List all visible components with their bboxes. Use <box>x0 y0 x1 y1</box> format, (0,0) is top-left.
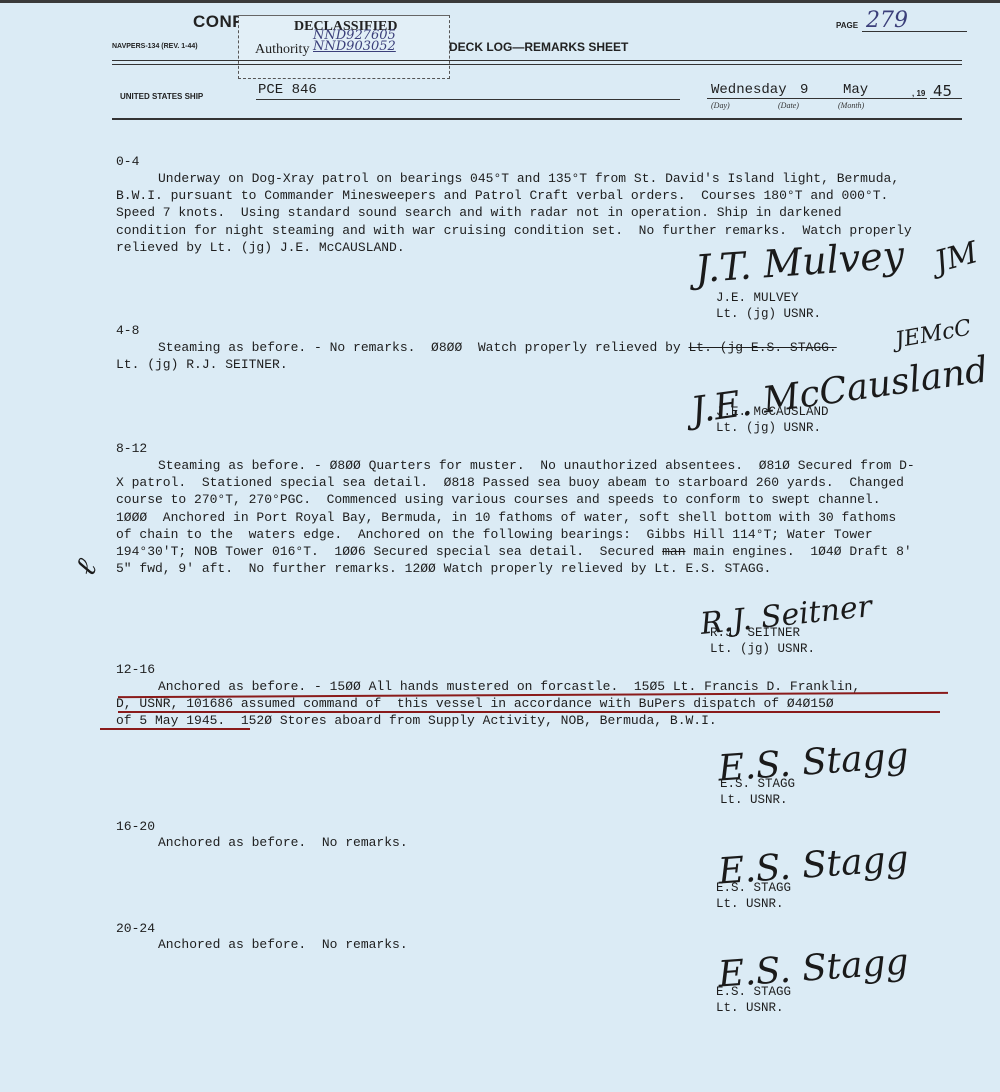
scan-top-edge <box>0 0 1000 3</box>
signer-name: E.S. STAGG <box>720 776 795 792</box>
signer-rank: Lt. USNR. <box>716 1000 791 1016</box>
stamp-authority-handwritten: NND927605 NND903052 <box>313 30 396 52</box>
margin-initials: JM <box>931 235 981 280</box>
date-caption: (Date) <box>778 101 799 110</box>
signer-block-8-12: R.J. SEITNERLt. (jg) USNR. <box>710 625 815 657</box>
ship-name: PCE 846 <box>258 82 317 98</box>
page-number: 279 <box>866 8 908 33</box>
red-underline <box>100 728 250 730</box>
form-number: NAVPERS-134 (REV. 1-44) <box>112 43 198 50</box>
signer-name: E.S. STAGG <box>716 880 791 896</box>
signer-block-20-24: E.S. STAGGLt. USNR. <box>716 984 791 1016</box>
signer-rank: Lt. USNR. <box>716 896 791 912</box>
ship-name-line <box>256 99 680 100</box>
stamp-authority-label: Authority <box>255 42 309 58</box>
page-number-line <box>862 31 967 32</box>
red-underline <box>118 711 940 713</box>
signer-name: R.J. SEITNER <box>710 625 815 641</box>
watch-period-8-12: 8-12 <box>116 440 147 457</box>
signer-rank: Lt. (jg) USNR. <box>716 420 829 436</box>
watch-period-0-4: 0-4 <box>116 153 139 170</box>
declassified-stamp: DECLASSIFIED Authority NND927605 NND9030… <box>238 15 450 79</box>
signer-block-0-4: J.E. MULVEYLt. (jg) USNR. <box>716 290 821 322</box>
authority-line-2: NND903052 <box>313 41 396 52</box>
day-caption: (Day) <box>711 101 730 110</box>
watch-remarks-4-8: Steaming as before. - No remarks. Ø8ØØ W… <box>116 339 916 373</box>
watch-period-12-16: 12-16 <box>116 661 155 678</box>
signer-block-16-20: E.S. STAGGLt. USNR. <box>716 880 791 912</box>
signer-block-12-16: E.S. STAGGLt. USNR. <box>720 776 795 808</box>
watch-remarks-12-16: Anchored as before. - 15ØØ All hands mus… <box>116 678 916 730</box>
classification-header: CONF <box>193 12 243 32</box>
margin-mark: ℓ <box>68 553 105 581</box>
date-line <box>707 98 927 99</box>
year-prefix: , 19 <box>912 89 925 98</box>
remarks-text: Lt. (jg) R.J. SEITNER. <box>116 357 288 372</box>
deck-log-page: CONF NAVPERS-134 (REV. 1-44) DECLASSIFIE… <box>0 0 1000 1092</box>
signer-rank: Lt. USNR. <box>720 792 795 808</box>
form-title: DECK LOG—REMARKS SHEET <box>449 40 628 54</box>
watch-period-4-8: 4-8 <box>116 322 139 339</box>
year-line <box>930 98 962 99</box>
remarks-line: D, USNR, 101686 assumed command of this … <box>116 695 916 712</box>
log-date: 9 <box>800 82 808 98</box>
correction-initials: JEMcC <box>893 316 973 354</box>
body-divider <box>112 118 962 120</box>
page-label: PAGE <box>836 21 858 30</box>
signer-name: J.E. MULVEY <box>716 290 821 306</box>
struck-text: man <box>662 544 685 559</box>
signer-rank: Lt. (jg) USNR. <box>710 641 815 657</box>
watch-remarks-8-12: Steaming as before. - Ø8ØØ Quarters for … <box>116 457 916 577</box>
struck-text: Lt. (jg E.S. STAGG. <box>689 340 837 355</box>
remarks-text: Steaming as before. - No remarks. Ø8ØØ W… <box>158 340 689 355</box>
log-day: Wednesday <box>711 82 787 98</box>
watch-period-20-24: 20-24 <box>116 920 155 937</box>
month-caption: (Month) <box>838 101 864 110</box>
signer-block-4-8: J.E. McCAUSLANDLt. (jg) USNR. <box>716 404 829 436</box>
log-month: May <box>843 82 868 98</box>
signer-rank: Lt. (jg) USNR. <box>716 306 821 322</box>
ship-label: UNITED STATES SHIP <box>120 92 203 101</box>
watch-period-16-20: 16-20 <box>116 818 155 835</box>
signer-name: J.E. McCAUSLAND <box>716 404 829 420</box>
signer-name: E.S. STAGG <box>716 984 791 1000</box>
header-divider <box>112 60 962 65</box>
